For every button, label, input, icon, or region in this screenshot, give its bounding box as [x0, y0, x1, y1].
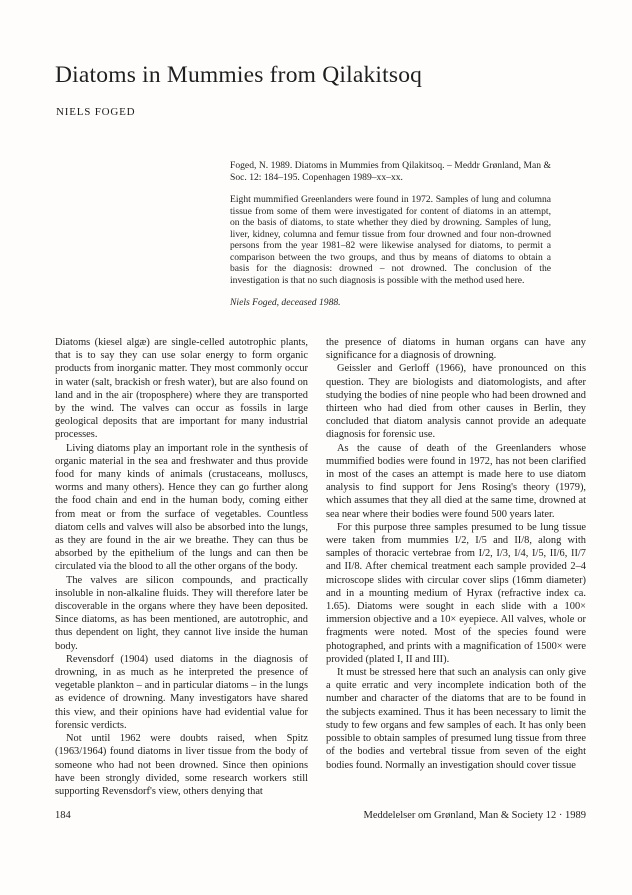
paragraph: As the cause of death of the Greenlander…	[326, 442, 586, 521]
paragraph: the presence of diatoms in human organs …	[326, 336, 586, 362]
right-column: the presence of diatoms in human organs …	[326, 336, 586, 798]
left-column: Diatoms (kiesel algæ) are single-celled …	[55, 336, 308, 798]
paragraph: Diatoms (kiesel algæ) are single-celled …	[55, 336, 308, 442]
paragraph: Revensdorf (1904) used diatoms in the di…	[55, 653, 308, 732]
author-name: NIELS FOGED	[56, 106, 135, 118]
paper-page: Diatoms in Mummies from Qilakitsoq NIELS…	[0, 0, 632, 895]
author-note: Niels Foged, deceased 1988.	[230, 297, 551, 309]
paragraph: Living diatoms play an important role in…	[55, 442, 308, 574]
paragraph: For this purpose three samples presumed …	[326, 521, 586, 666]
page-number: 184	[55, 810, 71, 821]
citation: Foged, N. 1989. Diatoms in Mummies from …	[230, 160, 551, 183]
journal-line: Meddelelser om Grønland, Man & Society 1…	[364, 810, 587, 821]
paragraph: Not until 1962 were doubts raised, when …	[55, 732, 308, 798]
abstract-block: Foged, N. 1989. Diatoms in Mummies from …	[230, 160, 551, 309]
body-columns: Diatoms (kiesel algæ) are single-celled …	[55, 336, 586, 798]
page-title: Diatoms in Mummies from Qilakitsoq	[55, 62, 422, 89]
paragraph: Geissler and Gerloff (1966), have pronou…	[326, 362, 586, 441]
abstract-text: Eight mummified Greenlanders were found …	[230, 194, 551, 286]
paragraph: The valves are silicon compounds, and pr…	[55, 574, 308, 653]
paragraph: It must be stressed here that such an an…	[326, 666, 586, 772]
page-footer: 184 Meddelelser om Grønland, Man & Socie…	[55, 810, 586, 821]
